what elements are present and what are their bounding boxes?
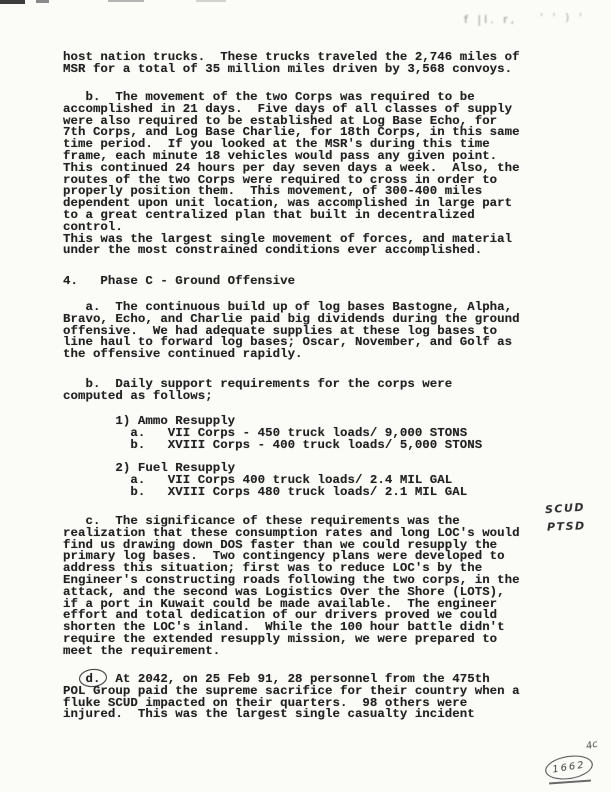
scan-artifact-bar <box>196 0 226 2</box>
section-heading-phase-c: 4. Phase C - Ground Offensive <box>63 276 295 288</box>
scan-artifact-bar <box>108 0 144 2</box>
paragraph-host-nation-trucks: host nation trucks. These trucks travele… <box>63 52 520 76</box>
handwritten-note-scud: SCUD <box>545 501 586 517</box>
stamp-smudge-right: ' ' ) ' <box>540 11 585 24</box>
paragraph-a-log-base-buildup: a. The continuous build up of log bases … <box>63 302 520 361</box>
circled-number-text: 1662 <box>552 759 587 775</box>
scan-artifact-bar <box>0 0 25 4</box>
circled-number-underline <box>549 780 591 785</box>
paragraph-b-corps-movement: b. The movement of the two Corps was req… <box>63 92 520 257</box>
handwritten-circled-number: 1662 <box>543 752 594 782</box>
handwritten-note-ptsd: PTSD <box>547 519 586 533</box>
paragraph-b-daily-support: b. Daily support requirements for the co… <box>63 379 452 403</box>
paragraph-c-significance: c. The significance of these requirement… <box>63 516 520 658</box>
document-page: f |l. r, ' ' ) ' host nation trucks. The… <box>0 0 611 792</box>
scan-artifact-bar <box>36 0 49 3</box>
stamp-smudge-left: f |l. r, <box>464 13 517 26</box>
handwritten-page-mark: 4c <box>585 739 599 753</box>
paragraph-d-scud-casualty: d. At 2042, on 25 Feb 91, 28 personnel f… <box>63 674 520 721</box>
resupply-requirements-list: 1) Ammo Resupply a. VII Corps - 450 truc… <box>63 416 482 499</box>
